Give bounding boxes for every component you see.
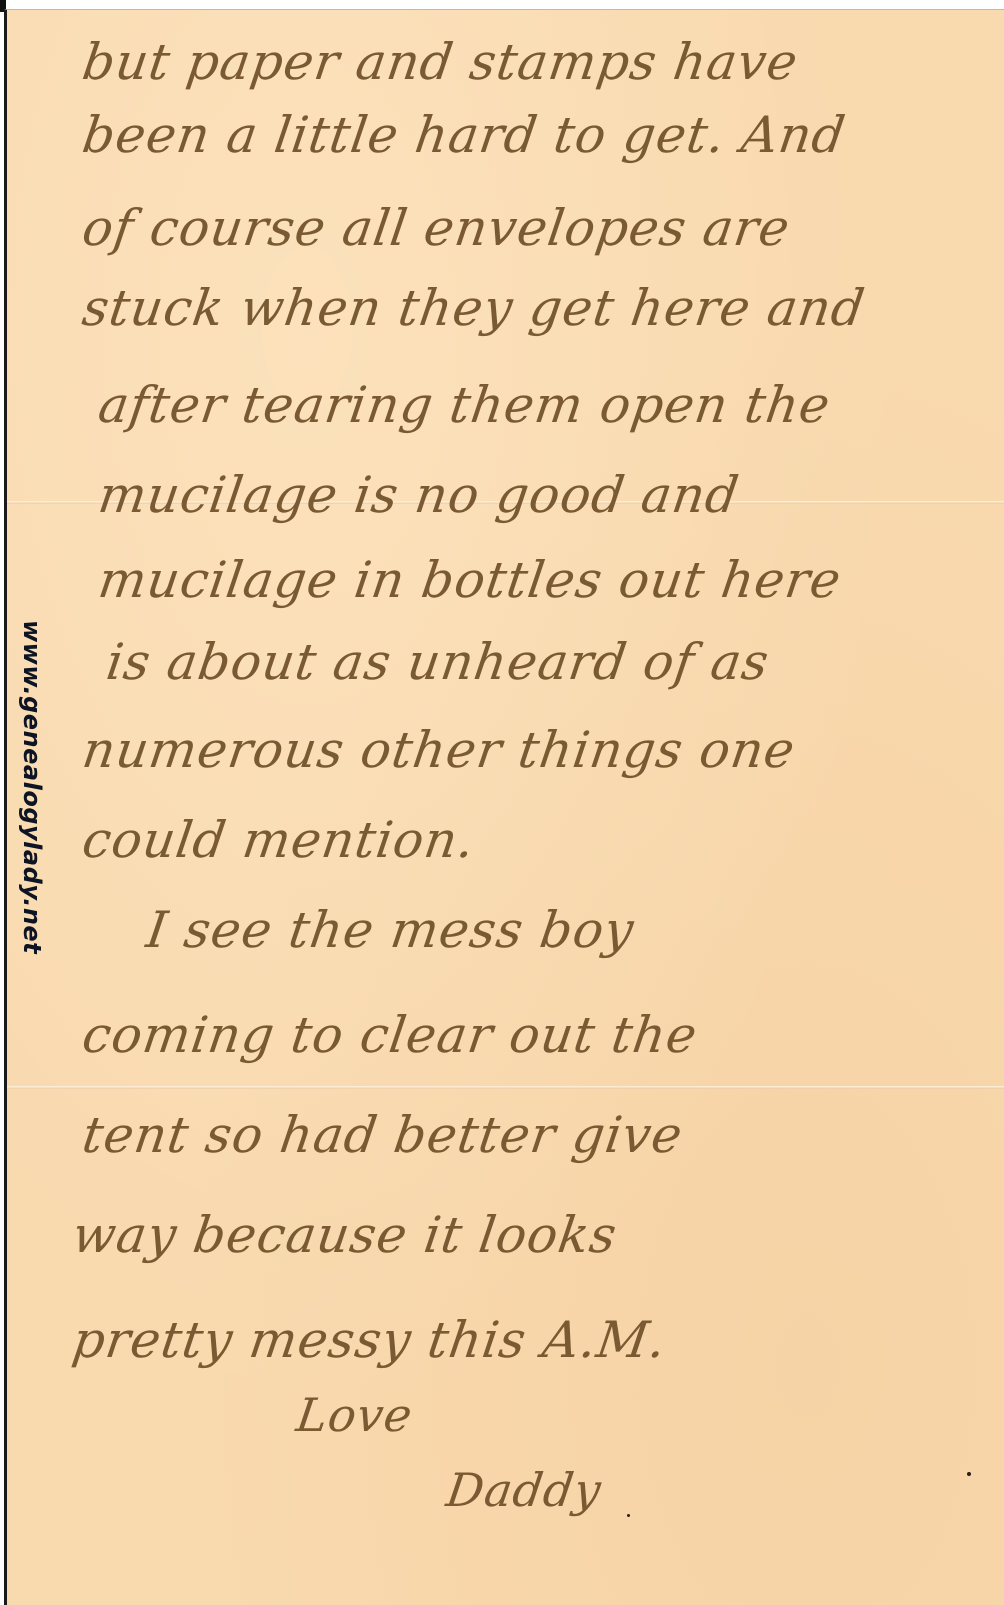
ink-speck [627,1514,630,1517]
letter-line: is about as unheard of as [103,632,773,692]
ink-speck [967,1472,971,1476]
letter-line: I see the mess boy [143,900,638,960]
letter-line: way because it looks [69,1205,621,1265]
paper-fold-crease [7,1086,1004,1089]
letter-line: mucilage is no good and [95,465,743,525]
letter-line: mucilage in bottles out here [95,550,845,610]
letter-line: stuck when they get here and [79,278,869,338]
letter-line: been a little hard to get. And [79,105,850,165]
letter-line: but paper and stamps have [79,32,802,92]
letter-line: coming to clear out the [79,1005,702,1065]
letter-line: of course all envelopes are [79,198,794,258]
letter-page: but paper and stamps have been a little … [4,9,1004,1605]
watermark-url: www.genealogylady.net [18,620,46,954]
letter-signature: Daddy [443,1460,606,1520]
letter-line: numerous other things one [79,720,799,780]
letter-line: pretty messy this A.M. [69,1310,671,1370]
letter-line: tent so had better give [79,1105,687,1165]
letter-line: after tearing them open the [95,375,835,435]
letter-line: could mention. [79,810,479,870]
letter-closing: Love [293,1385,417,1445]
